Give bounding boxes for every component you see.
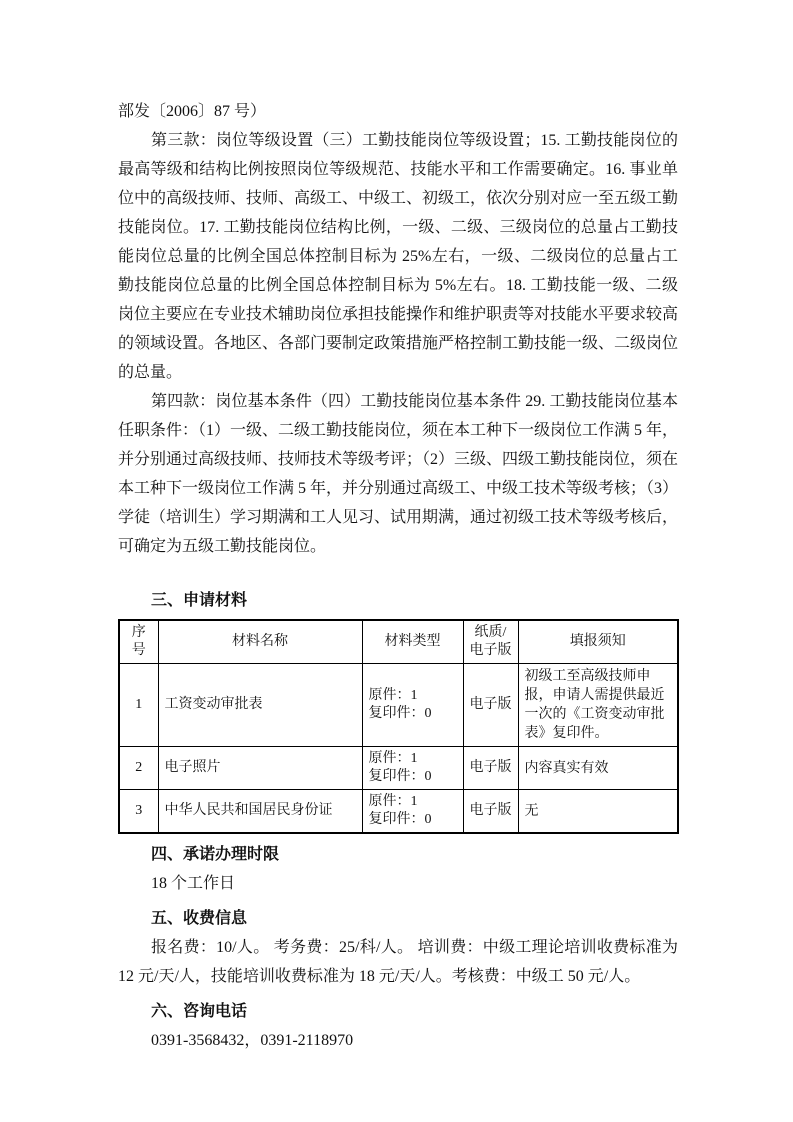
heading-application-materials: 三、申请材料 <box>118 586 678 615</box>
cell-index: 3 <box>119 790 158 834</box>
cell-format: 电子版 <box>463 747 518 790</box>
cell-material-type: 原件：1 复印件：0 <box>362 790 463 834</box>
cell-material-name: 中华人民共和国居民身份证 <box>158 790 362 834</box>
materials-table-header-row: 序号 材料名称 材料类型 纸质/电子版 填报须知 <box>119 620 678 664</box>
document-content: 部发〔2006〕87 号） 第三款：岗位等级设置（三）工勤技能岗位等级设置；15… <box>118 97 678 1055</box>
col-header-index: 序号 <box>119 620 158 664</box>
paragraph-clause-4: 第四款：岗位基本条件（四）工勤技能岗位基本条件 29. 工勤技能岗位基本任职条件… <box>118 387 678 561</box>
heading-time-limit: 四、承诺办理时限 <box>118 840 678 869</box>
cell-material-type: 原件：1 复印件：0 <box>362 747 463 790</box>
copy-count: 复印件：0 <box>369 768 457 786</box>
table-row: 2 电子照片 原件：1 复印件：0 电子版 内容真实有效 <box>119 747 678 790</box>
original-count: 原件：1 <box>369 687 457 705</box>
original-count: 原件：1 <box>369 793 457 811</box>
col-header-material-type: 材料类型 <box>362 620 463 664</box>
materials-table: 序号 材料名称 材料类型 纸质/电子版 填报须知 1 工资变动审批表 原件：1 … <box>118 619 679 834</box>
cell-material-name: 工资变动审批表 <box>158 664 362 747</box>
cell-material-type: 原件：1 复印件：0 <box>362 664 463 747</box>
cell-filing-note: 无 <box>518 790 678 834</box>
copy-count: 复印件：0 <box>369 705 457 723</box>
document-page: 部发〔2006〕87 号） 第三款：岗位等级设置（三）工勤技能岗位等级设置；15… <box>0 0 793 1122</box>
cell-format: 电子版 <box>463 664 518 747</box>
heading-phone: 六、咨询电话 <box>118 997 678 1026</box>
fee-info-text: 报名费：10/人。 考务费：25/科/人。 培训费：中级工理论培训收费标准为 1… <box>118 933 678 991</box>
table-row: 1 工资变动审批表 原件：1 复印件：0 电子版 初级工至高级技师申报，申请人需… <box>119 664 678 747</box>
table-row: 3 中华人民共和国居民身份证 原件：1 复印件：0 电子版 无 <box>119 790 678 834</box>
phone-numbers: 0391-3568432，0391-2118970 <box>118 1026 678 1055</box>
original-count: 原件：1 <box>369 750 457 768</box>
copy-count: 复印件：0 <box>369 811 457 829</box>
cell-format: 电子版 <box>463 790 518 834</box>
cell-filing-note: 初级工至高级技师申报，申请人需提供最近一次的《工资变动审批表》复印件。 <box>518 664 678 747</box>
col-header-material-name: 材料名称 <box>158 620 362 664</box>
paragraph-clause-3: 第三款：岗位等级设置（三）工勤技能岗位等级设置；15. 工勤技能岗位的最高等级和… <box>118 126 678 387</box>
col-header-paper-or-electronic: 纸质/电子版 <box>463 620 518 664</box>
cell-material-name: 电子照片 <box>158 747 362 790</box>
cell-index: 2 <box>119 747 158 790</box>
cell-index: 1 <box>119 664 158 747</box>
time-limit-value: 18 个工作日 <box>118 869 678 898</box>
col-header-filing-notes: 填报须知 <box>518 620 678 664</box>
intro-line: 部发〔2006〕87 号） <box>118 97 678 126</box>
heading-fee-info: 五、收费信息 <box>118 904 678 933</box>
cell-filing-note: 内容真实有效 <box>518 747 678 790</box>
